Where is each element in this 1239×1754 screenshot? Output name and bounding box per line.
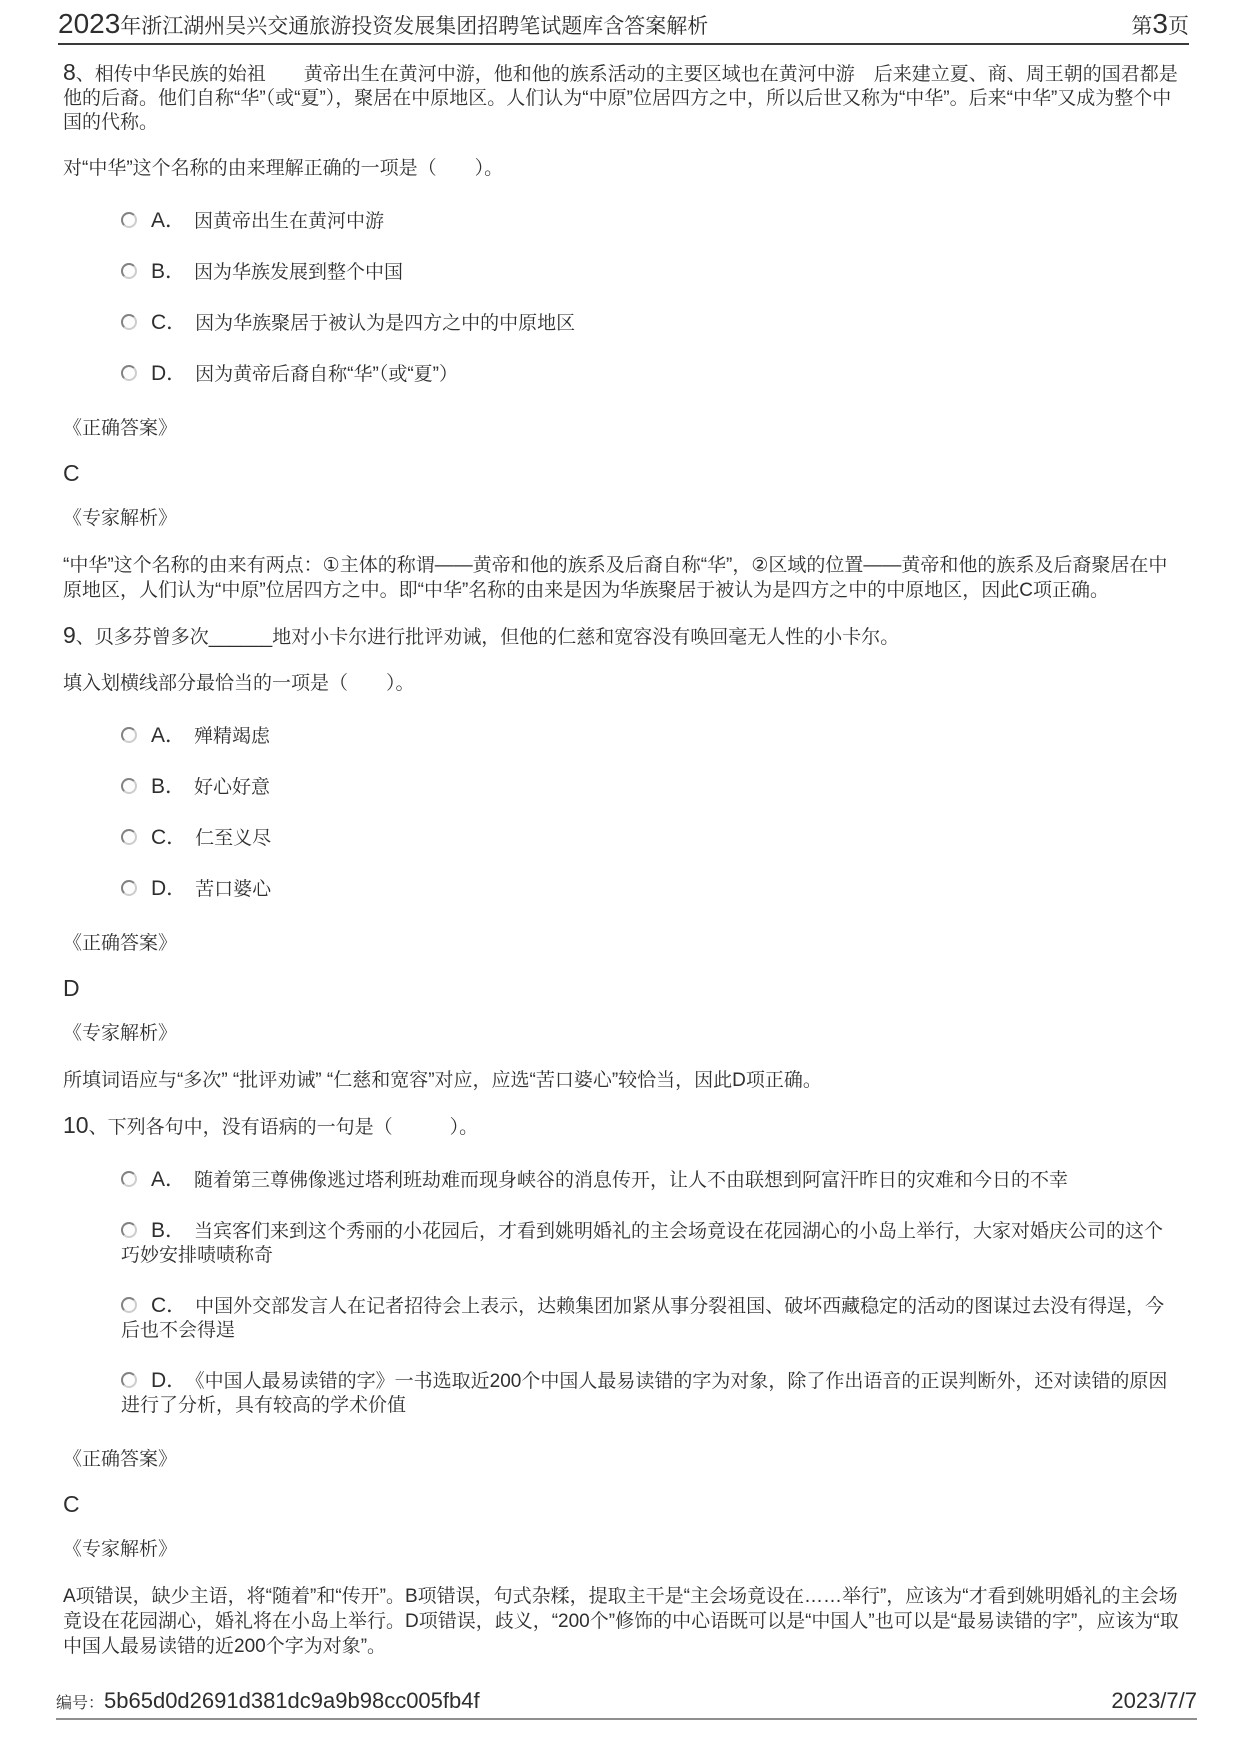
option-text: 殚精竭虑	[194, 726, 270, 747]
option-letter: D．	[151, 362, 187, 385]
question-stem: 9、贝多芬曾多次______地对小卡尔进行批评劝诫，但他的仁慈和宽容没有唤回毫无…	[63, 623, 1179, 650]
expert-analysis-label: 《专家解析》	[63, 1538, 1179, 1562]
option-row-a: A．随着第三尊佛像逃过塔利班劫难而现身峡谷的消息传开，让人不由联想到阿富汗昨日的…	[121, 1168, 1179, 1193]
option-letter: B．	[151, 260, 186, 283]
option-letter: C．	[151, 311, 187, 334]
option-text: 因为华族发展到整个中国	[194, 262, 403, 283]
expert-analysis-label: 《专家解析》	[63, 1022, 1179, 1046]
question-stem: 10、下列各句中，没有语病的一句是（ ）。	[63, 1113, 1179, 1140]
option-row-c: C．中国外交部发言人在记者招待会上表示，达赖集团加紧从事分裂祖国、破坏西藏稳定的…	[121, 1294, 1179, 1343]
correct-answer-label: 《正确答案》	[63, 1448, 1179, 1472]
option-text: 好心好意	[194, 777, 270, 798]
title-year: 2023	[58, 8, 120, 39]
option-text: 因为华族聚居于被认为是四方之中的中原地区	[195, 313, 575, 334]
question-number: 8	[63, 59, 76, 85]
option-row-d: D．因为黄帝后裔自称“华”（或“夏”）	[121, 362, 1179, 387]
page-header: 2023年浙江湖州吴兴交通旅游投资发展集团招聘笔试题库含答案解析 第3页	[58, 10, 1189, 45]
id-label: 编号：	[56, 1695, 104, 1712]
radio-button[interactable]	[121, 1297, 137, 1313]
radio-button[interactable]	[121, 1372, 137, 1388]
option-list: A．随着第三尊佛像逃过塔利班劫难而现身峡谷的消息传开，让人不由联想到阿富汗昨日的…	[63, 1168, 1179, 1418]
question-stem: 8、相传中华民族的始祖 黄帝出生在黄河中游，他和他的族系活动的主要区域也在黄河中…	[63, 60, 1179, 135]
page-footer: 编号：5b65d0d2691d381dc9a9b98cc005fb4f 2023…	[56, 1688, 1197, 1720]
radio-button[interactable]	[121, 1171, 137, 1187]
option-letter: C．	[151, 826, 187, 849]
option-letter: C．	[151, 1294, 187, 1317]
document-id: 编号：5b65d0d2691d381dc9a9b98cc005fb4f	[56, 1688, 480, 1714]
radio-button[interactable]	[121, 365, 137, 381]
answer-value: D	[63, 974, 1179, 1002]
option-text: 当宾客们来到这个秀丽的小花园后，才看到姚明婚礼的主会场竟设在花园湖心的小岛上举行…	[121, 1221, 1163, 1266]
option-letter: A．	[151, 209, 186, 232]
radio-button[interactable]	[121, 829, 137, 845]
option-list: A．殚精竭虑 B．好心好意 C．仁至义尽 D．苦口婆心	[63, 724, 1179, 902]
option-letter: D．	[151, 877, 187, 900]
footer-date: 2023/7/7	[1111, 1688, 1197, 1714]
document-body: 8、相传中华民族的始祖 黄帝出生在黄河中游，他和他的族系活动的主要区域也在黄河中…	[63, 47, 1179, 1659]
option-row-c: C．因为华族聚居于被认为是四方之中的中原地区	[121, 311, 1179, 336]
option-text: 中国外交部发言人在记者招待会上表示，达赖集团加紧从事分裂祖国、破坏西藏稳定的活动…	[121, 1296, 1164, 1341]
option-row-b: B．因为华族发展到整个中国	[121, 260, 1179, 285]
question-number: 10	[63, 1112, 89, 1138]
radio-button[interactable]	[121, 778, 137, 794]
radio-button[interactable]	[121, 263, 137, 279]
option-row-d: D．《中国人最易读错的字》一书选取近200个中国人最易读错的字为对象，除了作出语…	[121, 1369, 1179, 1418]
radio-button[interactable]	[121, 314, 137, 330]
radio-button[interactable]	[121, 212, 137, 228]
id-code: 5b65d0d2691d381dc9a9b98cc005fb4f	[104, 1688, 480, 1713]
question-prompt: 填入划横线部分最恰当的一项是（ ）。	[63, 672, 1179, 696]
option-row-c: C．仁至义尽	[121, 826, 1179, 851]
question-9: 9、贝多芬曾多次______地对小卡尔进行批评劝诫，但他的仁慈和宽容没有唤回毫无…	[63, 623, 1179, 1093]
document-title: 2023年浙江湖州吴兴交通旅游投资发展集团招聘笔试题库含答案解析	[58, 10, 708, 40]
radio-button[interactable]	[121, 727, 137, 743]
page-number: 第3页	[1131, 10, 1189, 40]
question-prompt: 对“中华”这个名称的由来理解正确的一项是（ ）。	[63, 157, 1179, 181]
option-text: 仁至义尽	[195, 828, 271, 849]
option-text: 随着第三尊佛像逃过塔利班劫难而现身峡谷的消息传开，让人不由联想到阿富汗昨日的灾难…	[194, 1170, 1068, 1191]
option-row-a: A．因黄帝出生在黄河中游	[121, 209, 1179, 234]
option-letter: A．	[151, 724, 186, 747]
option-text: 因黄帝出生在黄河中游	[194, 211, 384, 232]
option-list: A．因黄帝出生在黄河中游 B．因为华族发展到整个中国 C．因为华族聚居于被认为是…	[63, 209, 1179, 387]
option-row-b: B．好心好意	[121, 775, 1179, 800]
analysis-text: 所填词语应与“多次” “批评劝诫” “仁慈和宽容”对应，应选“苦口婆心”较恰当，…	[63, 1068, 1179, 1093]
correct-answer-label: 《正确答案》	[63, 417, 1179, 441]
option-text: 《中国人最易读错的字》一书选取近200个中国人最易读错的字为对象，除了作出语音的…	[121, 1371, 1167, 1416]
question-10: 10、下列各句中，没有语病的一句是（ ）。 A．随着第三尊佛像逃过塔利班劫难而现…	[63, 1113, 1179, 1659]
answer-value: C	[63, 459, 1179, 487]
option-letter: D．	[151, 1369, 187, 1392]
answer-value: C	[63, 1490, 1179, 1518]
correct-answer-label: 《正确答案》	[63, 932, 1179, 956]
radio-button[interactable]	[121, 1222, 137, 1238]
option-row-a: A．殚精竭虑	[121, 724, 1179, 749]
analysis-text: A项错误，缺少主语，将“随着”和“传开”。B项错误，句式杂糅，提取主干是“主会场…	[63, 1584, 1179, 1659]
option-text: 因为黄帝后裔自称“华”（或“夏”）	[195, 364, 458, 385]
option-letter: B．	[151, 775, 186, 798]
option-text: 苦口婆心	[195, 879, 271, 900]
question-number: 9	[63, 622, 76, 648]
analysis-text: “中华”这个名称的由来有两点：①主体的称谓——黄帝和他的族系及后裔自称“华”，②…	[63, 553, 1179, 603]
question-8: 8、相传中华民族的始祖 黄帝出生在黄河中游，他和他的族系活动的主要区域也在黄河中…	[63, 60, 1179, 603]
title-text: 年浙江湖州吴兴交通旅游投资发展集团招聘笔试题库含答案解析	[120, 15, 708, 38]
expert-analysis-label: 《专家解析》	[63, 507, 1179, 531]
option-letter: B．	[151, 1219, 186, 1242]
radio-button[interactable]	[121, 880, 137, 896]
option-row-b: B．当宾客们来到这个秀丽的小花园后，才看到姚明婚礼的主会场竟设在花园湖心的小岛上…	[121, 1219, 1179, 1268]
option-letter: A．	[151, 1168, 186, 1191]
option-row-d: D．苦口婆心	[121, 877, 1179, 902]
